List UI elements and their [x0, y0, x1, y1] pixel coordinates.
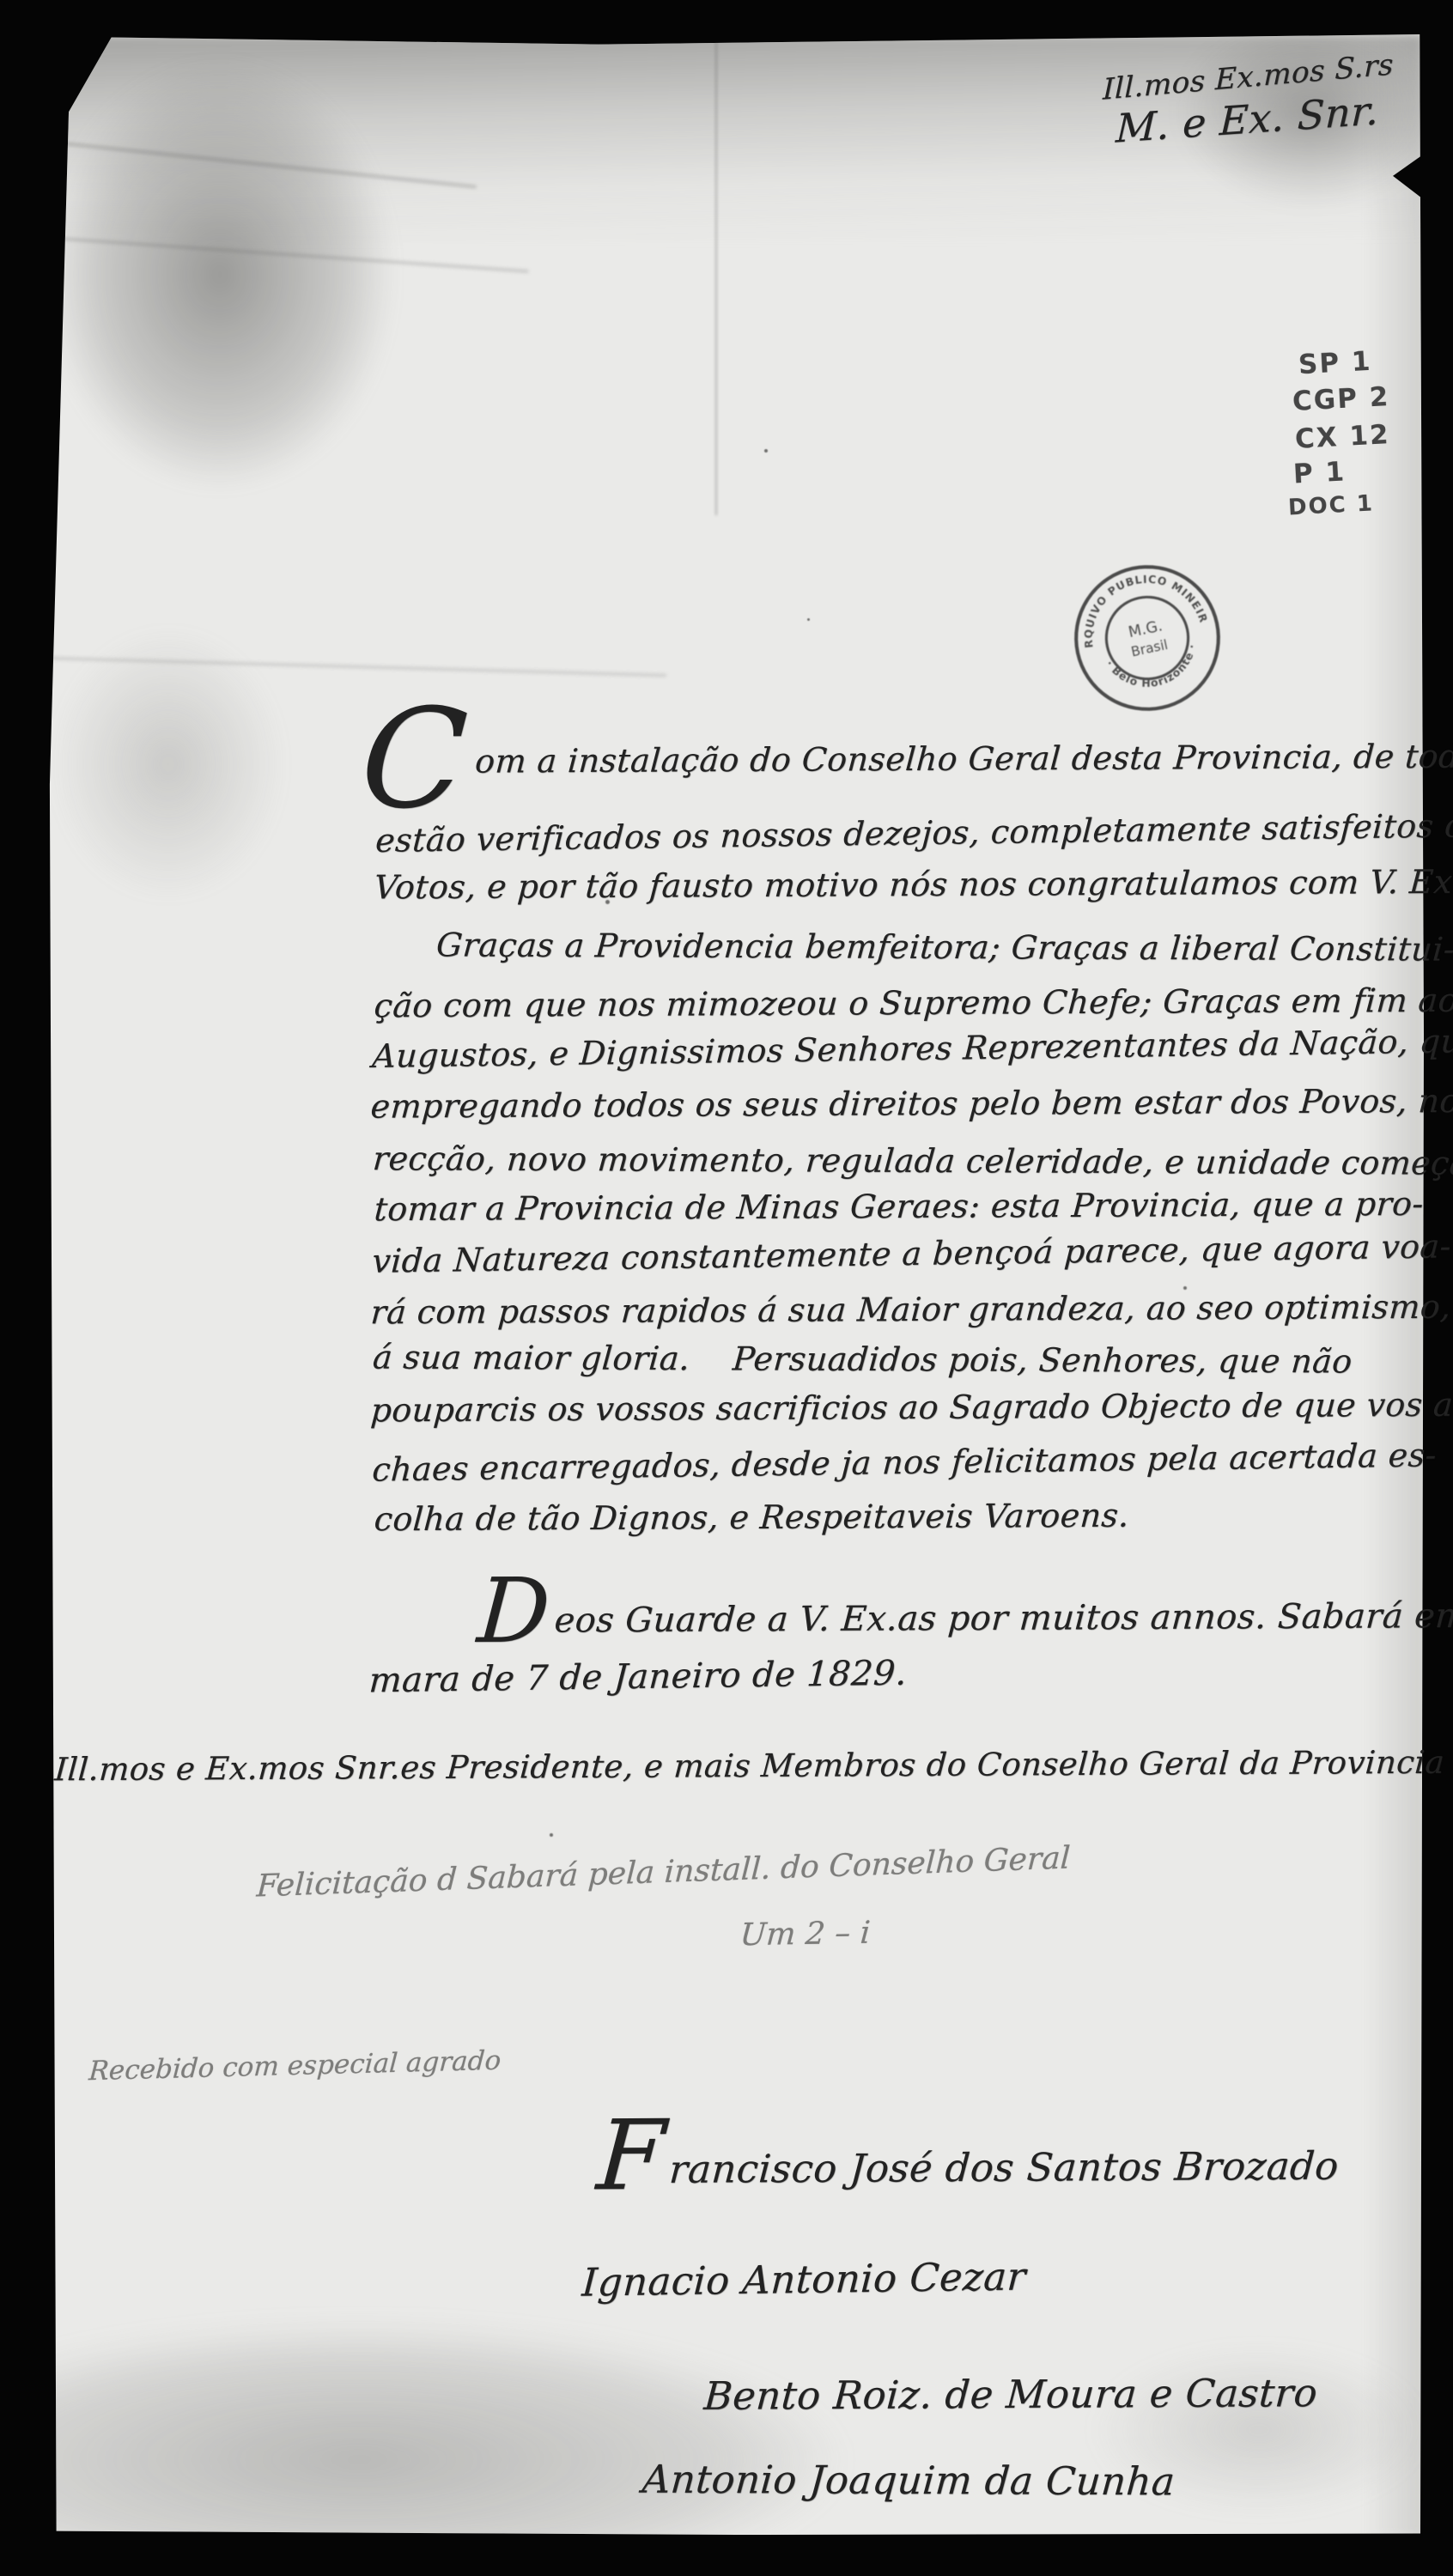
- signature-1: Francisco José dos Santos Brozado: [595, 2143, 1340, 2193]
- stain-top-left: [0, 0, 443, 550]
- letter-line-7: empregando todos os seus direitos pelo b…: [369, 1081, 1453, 1125]
- letter-line-11: rá com passos rapidos á sua Maior grande…: [369, 1288, 1452, 1332]
- letter-line-3: Votos, e por tão fausto motivo nós nos c…: [373, 863, 1453, 907]
- closing-line-1: Deos Guarde a V. Ex.as por muitos annos.…: [476, 1596, 1453, 1643]
- catalog-mark-cx: CX 12: [1294, 416, 1391, 458]
- address-line: Ill.mos e Ex.mos Snr.es Presidente, e ma…: [53, 1744, 1445, 1788]
- stain-bottom-right: [1036, 2318, 1453, 2542]
- letter-line-1: Com a instalação do Conselho Geral desta…: [358, 738, 1453, 810]
- signature-3: Bento Roiz. de Moura e Castro: [702, 2370, 1319, 2419]
- letter-line-5: ção com que nos mimozeou o Supremo Chefe…: [373, 981, 1453, 1025]
- closing-line-2: mara de 7 de Janeiro de 1829.: [368, 1654, 908, 1701]
- annotation-summary-line2: Um 2 – i: [739, 1916, 871, 1953]
- letter-line-9: tomar a Provincia de Minas Geraes: esta …: [373, 1185, 1425, 1228]
- signature-4: Antonio Joaquim da Cunha: [641, 2457, 1176, 2505]
- crease-middle: [48, 657, 666, 677]
- stamp-center-line2: Brasil: [1130, 637, 1170, 660]
- catalog-mark-doc: DOC 1: [1287, 485, 1375, 526]
- ink-speck: [550, 1833, 553, 1837]
- letter-line-15: colha de tão Dignos, e Respeitaveis Varo…: [373, 1497, 1130, 1539]
- stamp-center-line1: M.G.: [1127, 617, 1164, 641]
- crease-horizontal-2: [49, 236, 529, 272]
- stain-mid-left: [14, 584, 323, 945]
- crease-horizontal-1: [49, 141, 477, 188]
- signature-2: Ignacio Antonio Cezar: [581, 2253, 1027, 2305]
- ink-speck: [807, 618, 810, 621]
- letter-line-13: pouparcis os vossos sacrificios ao Sagra…: [369, 1386, 1453, 1430]
- catalog-mark-sp: SP 1: [1298, 343, 1373, 383]
- catalog-mark-cgp: CGP 2: [1292, 379, 1390, 420]
- crease-vertical: [715, 34, 717, 515]
- archive-stamp: ARQUIVO PUBLICO MINEIRO · Belo Horizonte…: [1058, 549, 1237, 728]
- letter-line-12: á sua maior gloria. Persuadidos pois, Se…: [372, 1339, 1354, 1381]
- scan-background: Ill.mos Ex.mos S.rs M. e Ex. Snr. SP 1 C…: [0, 0, 1453, 2576]
- letter-line-8: recção, novo movimento, regulada celerid…: [372, 1139, 1453, 1182]
- ink-speck: [764, 449, 768, 453]
- letter-line-4: Graças a Providencia bemfeitora; Graças …: [435, 926, 1453, 968]
